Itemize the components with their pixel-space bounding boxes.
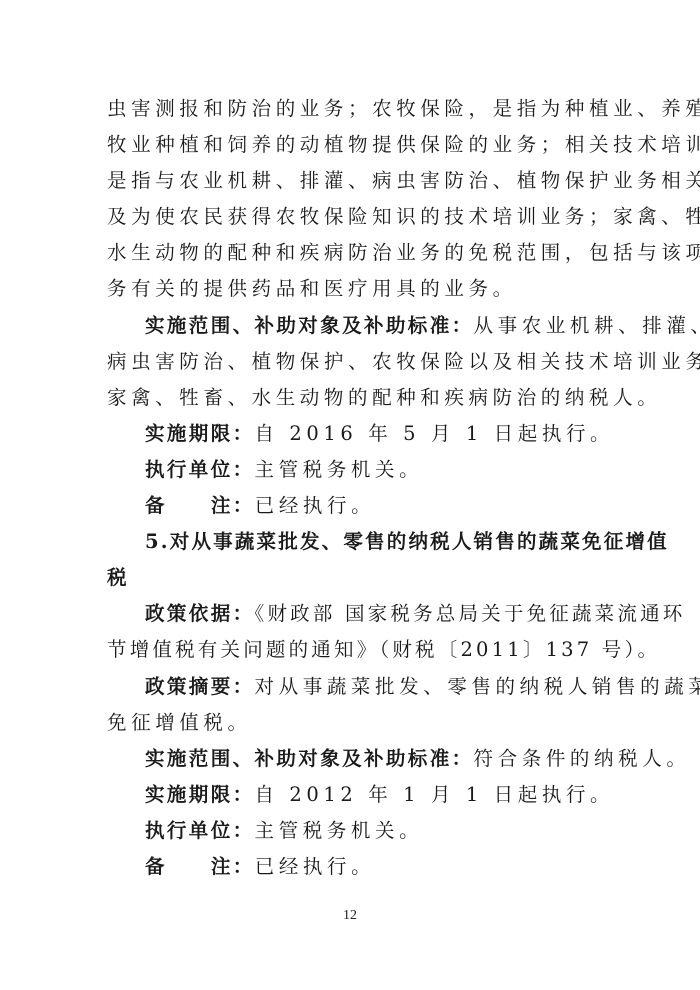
field-label-a: 备 [145, 855, 167, 878]
period-field: 实施期限：自 2016 年 5 月 1 日起执行。 [107, 416, 597, 452]
executor-field: 执行单位：主管税务机关。 [107, 813, 597, 849]
field-label-b: 注： [211, 855, 255, 878]
field-label: 实施期限： [145, 783, 255, 806]
basis-field: 政策依据：《财政部 国家税务总局关于免征蔬菜流通环 [107, 596, 597, 632]
field-label: 执行单位： [145, 819, 255, 842]
section-heading-cont: 税 [107, 560, 597, 596]
remark-field: 备注：已经执行。 [107, 488, 597, 524]
field-value: 自 2016 年 5 月 1 日起执行。 [255, 422, 615, 445]
scope-field: 实施范围、补助对象及补助标准：符合条件的纳税人。 [107, 741, 597, 777]
field-value: 《财政部 国家税务总局关于免征蔬菜流通环 [255, 602, 686, 625]
body-line: 及为使农民获得农牧保险知识的技术培训业务；家禽、牲畜、 [107, 199, 597, 235]
scope-field: 实施范围、补助对象及补助标准：从事农业机耕、排灌、 [107, 308, 597, 344]
body-line: 免征增值税。 [107, 705, 597, 741]
executor-field: 执行单位：主管税务机关。 [107, 452, 597, 488]
field-label: 实施范围、补助对象及补助标准： [145, 747, 474, 770]
field-label: 政策摘要： [145, 675, 255, 698]
body-line: 务有关的提供药品和医疗用具的业务。 [107, 271, 597, 307]
body-line: 是指与农业机耕、排灌、病虫害防治、植物保护业务相关以 [107, 163, 597, 199]
field-value: 从事农业机耕、排灌、 [474, 314, 700, 337]
field-value: 符合条件的纳税人。 [474, 747, 691, 770]
field-value: 对从事蔬菜批发、零售的纳税人销售的蔬菜 [255, 675, 700, 698]
body-line: 牧业种植和饲养的动植物提供保险的业务；相关技术培训， [107, 127, 597, 163]
page-content: 虫害测报和防治的业务；农牧保险，是指为种植业、养殖业、 牧业种植和饲养的动植物提… [107, 91, 597, 885]
field-value: 主管税务机关。 [255, 819, 424, 842]
field-label-b: 注： [211, 494, 255, 517]
field-label: 实施期限： [145, 422, 255, 445]
body-line: 家禽、牲畜、水生动物的配种和疾病防治的纳税人。 [107, 380, 597, 416]
field-value: 已经执行。 [255, 494, 376, 517]
field-label: 政策依据： [145, 602, 255, 625]
summary-field: 政策摘要：对从事蔬菜批发、零售的纳税人销售的蔬菜 [107, 669, 597, 705]
remark-field: 备注：已经执行。 [107, 849, 597, 885]
field-value: 已经执行。 [255, 855, 376, 878]
field-label: 执行单位： [145, 458, 255, 481]
section-heading: 5.对从事蔬菜批发、零售的纳税人销售的蔬菜免征增值 [107, 524, 597, 560]
body-line: 水生动物的配种和疾病防治业务的免税范围，包括与该项服 [107, 235, 597, 271]
body-line: 病虫害防治、植物保护、农牧保险以及相关技术培训业务， [107, 344, 597, 380]
field-value: 自 2012 年 1 月 1 日起执行。 [255, 783, 615, 806]
field-label: 实施范围、补助对象及补助标准： [145, 314, 474, 337]
field-value: 主管税务机关。 [255, 458, 424, 481]
period-field: 实施期限：自 2012 年 1 月 1 日起执行。 [107, 777, 597, 813]
body-line: 虫害测报和防治的业务；农牧保险，是指为种植业、养殖业、 [107, 91, 597, 127]
page-number: 12 [0, 908, 700, 924]
field-label-a: 备 [145, 494, 167, 517]
body-line: 节增值税有关问题的通知》（财税〔2011〕137 号）。 [107, 632, 597, 668]
document-page: 虫害测报和防治的业务；农牧保险，是指为种植业、养殖业、 牧业种植和饲养的动植物提… [0, 0, 700, 990]
